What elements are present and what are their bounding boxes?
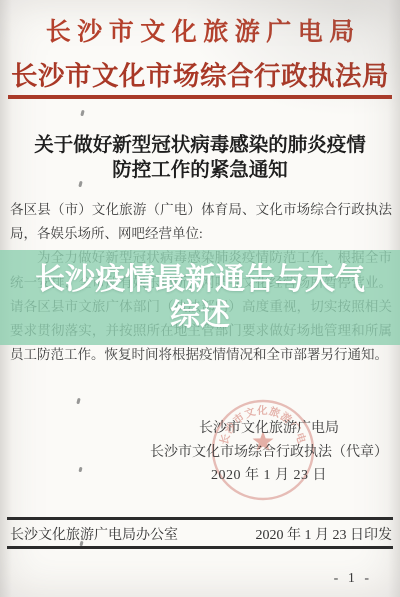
footer-office: 长沙文化旅游广电局办公室 [10,524,178,544]
document-title: 关于做好新型冠状病毒感染的肺炎疫情防控工作的紧急通知 [32,134,368,183]
caption-text: 长沙疫情最新通告与天气综述 [33,262,367,334]
footer-divider-top [7,517,393,520]
letterhead-org-2: 长沙市文化市场综合行政执法局 [0,54,400,93]
footer-row: 长沙文化旅游广电局办公室 2020 年 1 月 23 日印发 [10,523,392,545]
signature-block: 长沙市文化旅游广电局 长沙市文化市场综合行政执法（代章） 2020 年 1 月 … [138,417,400,488]
photo-speck [80,110,84,116]
document-photo: 长沙市文化旅游广电局 长沙市文化市场综合行政执法局 关于做好新型冠状病毒感染的肺… [0,0,400,597]
signature-org-1: 长沙市文化旅游广电局 [138,417,400,441]
photo-speck [76,398,80,404]
caption-overlay: 长沙疫情最新通告与天气综述 [0,250,400,345]
footer-print-date: 2020 年 1 月 23 日印发 [256,524,393,544]
page-number: - 1 - [334,571,372,587]
signature-org-2: 长沙市文化市场综合行政执法（代章） [138,441,400,465]
salutation: 各区县（市）文化旅游（广电）体育局、文化市场综合行政执法局，各娱乐场所、网吧经营… [10,198,392,246]
letterhead: 长沙市文化旅游广电局 长沙市文化市场综合行政执法局 [0,12,400,93]
photo-speck [78,181,82,187]
letterhead-org-1: 长沙市文化旅游广电局 [0,12,400,48]
letterhead-divider [8,95,392,99]
signature-date: 2020 年 1 月 23 日 [138,464,400,488]
photo-speck [78,467,82,472]
footer-divider-bottom [7,546,393,549]
